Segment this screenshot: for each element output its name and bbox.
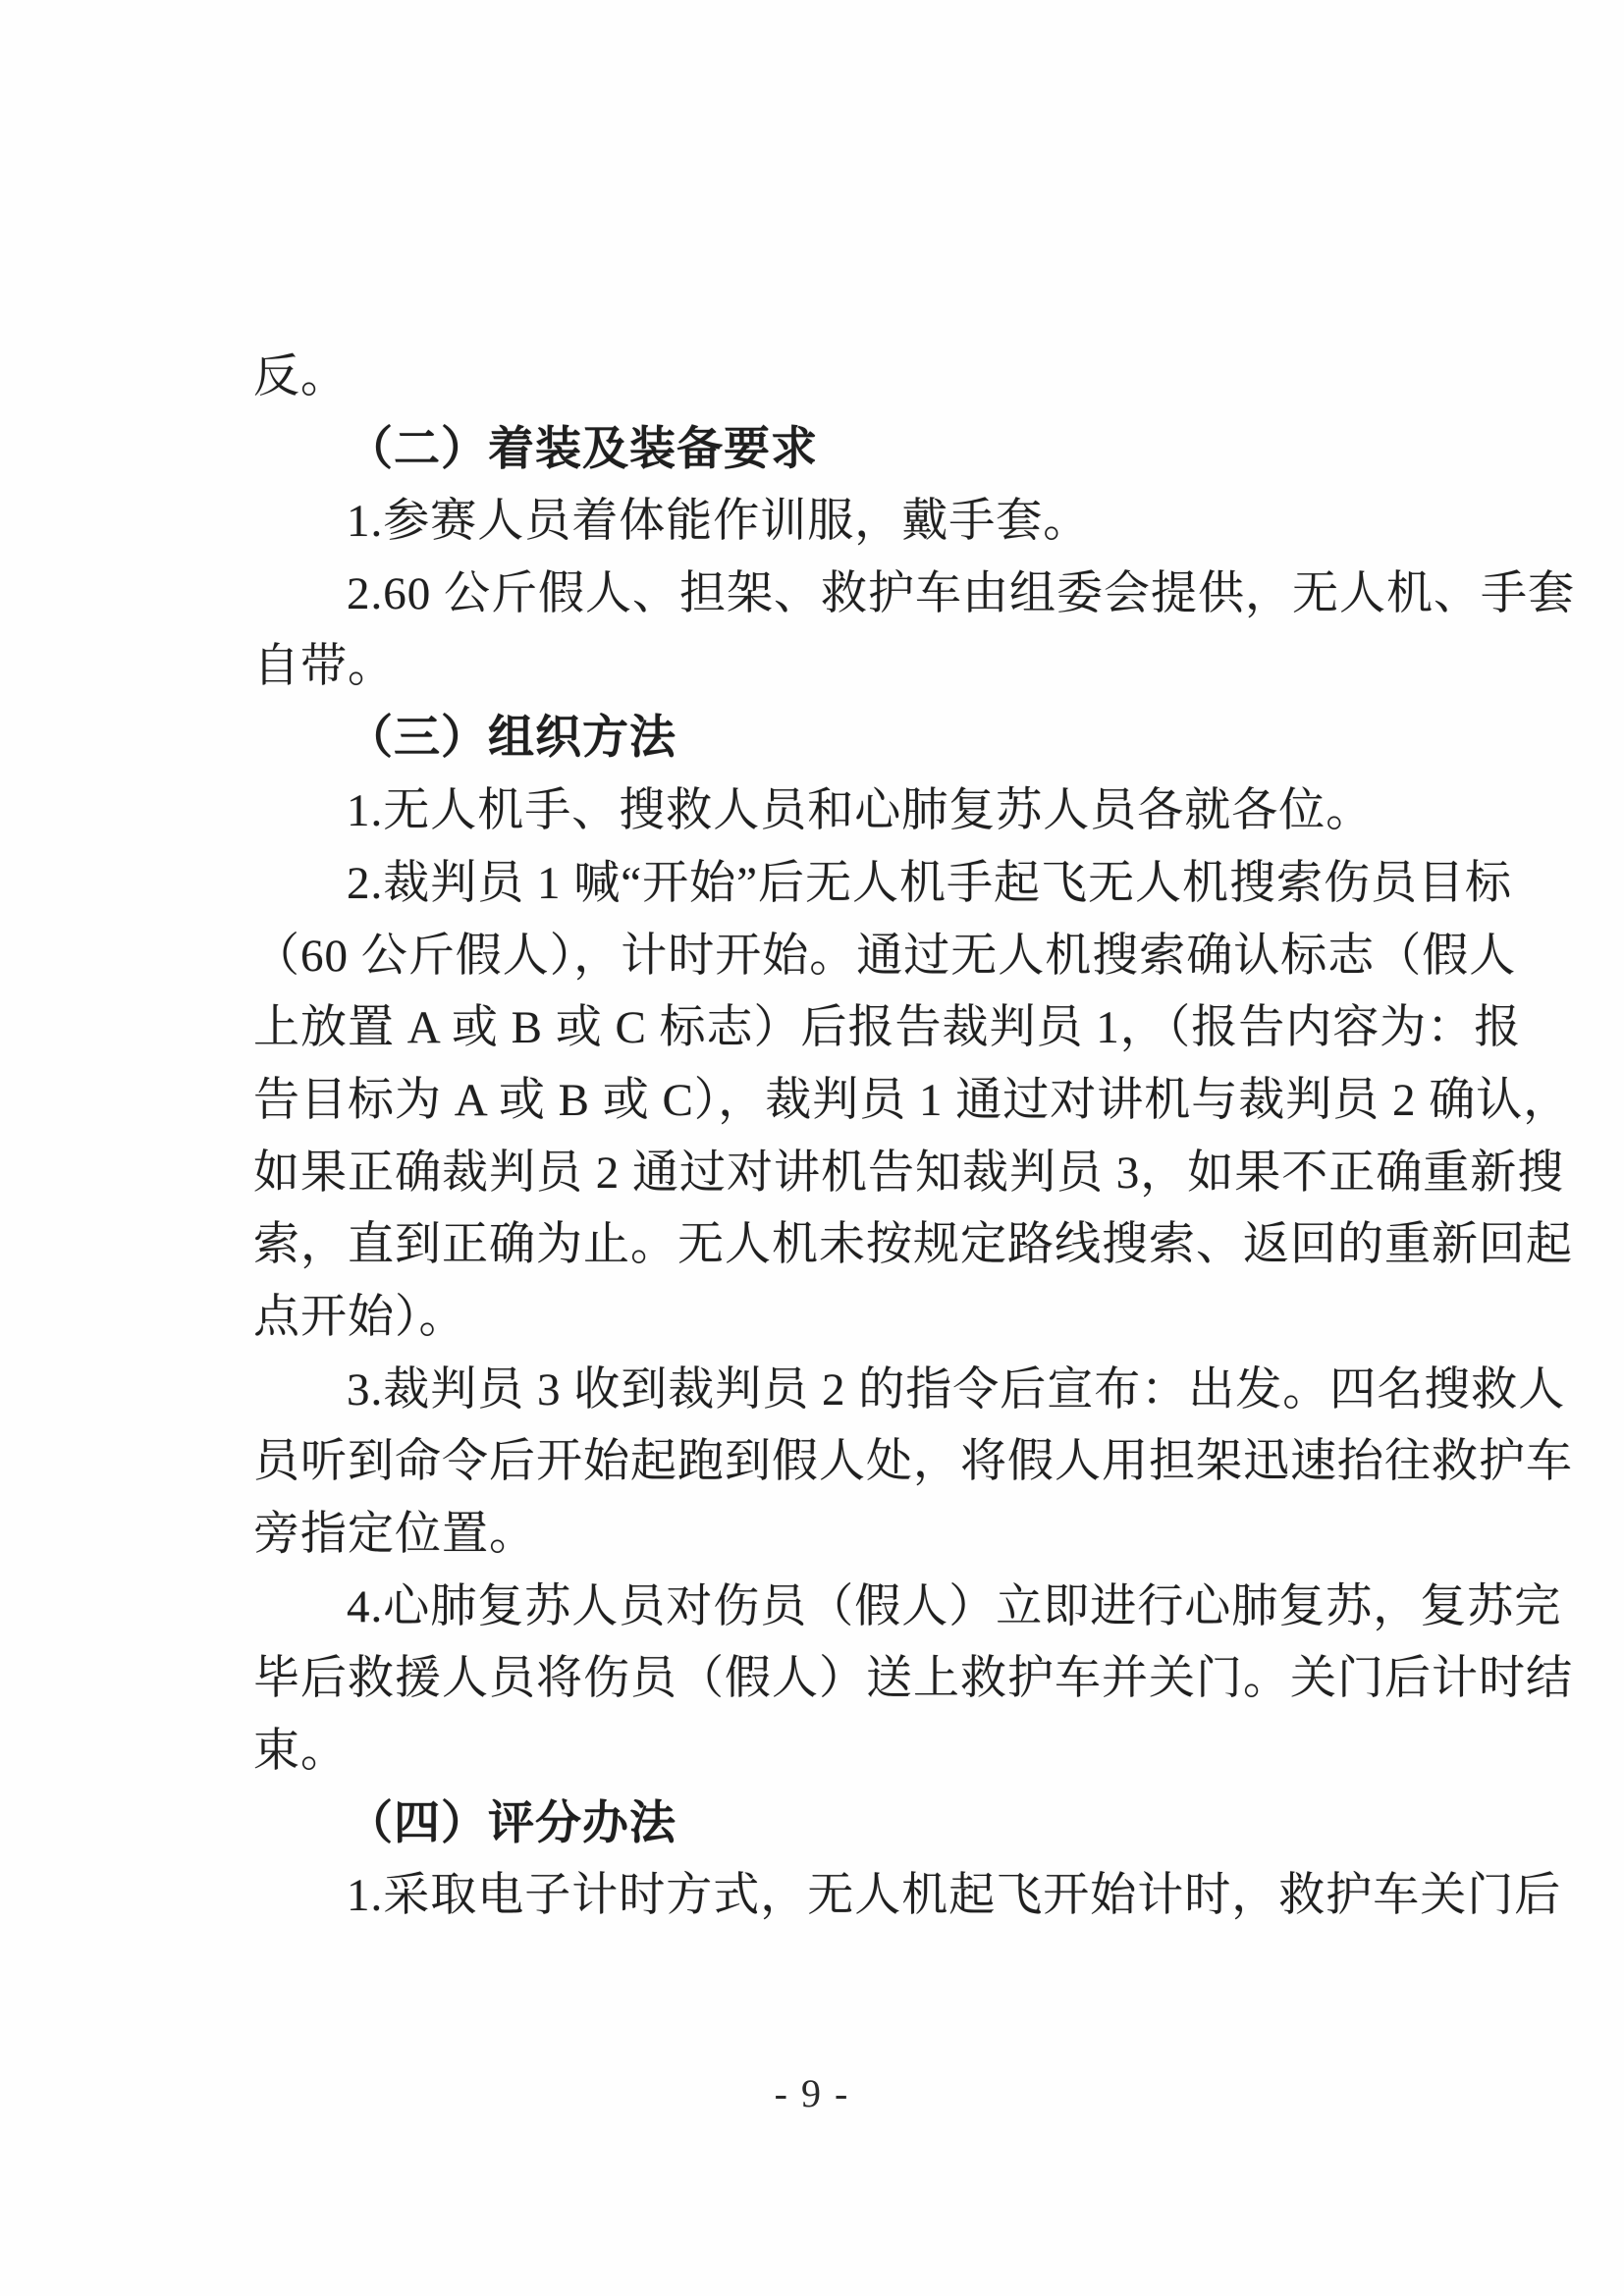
body-line: 1.参赛人员着体能作训服，戴手套。 (253, 486, 1520, 559)
section-heading-2: （二）着装及装备要求 (253, 414, 1520, 487)
document-body: 反。 （二）着装及装备要求 1.参赛人员着体能作训服，戴手套。 2.60 公斤假… (253, 342, 1520, 1933)
body-line: 告目标为 A 或 B 或 C），裁判员 1 通过对讲机与裁判员 2 确认， (253, 1065, 1520, 1138)
body-line: 2.裁判员 1 喊“开始”后无人机手起飞无人机搜索伤员目标 (253, 848, 1520, 921)
body-line: 点开始）。 (253, 1282, 1520, 1355)
body-line: 毕后救援人员将伤员（假人）送上救护车并关门。关门后计时结 (253, 1643, 1520, 1716)
body-line: （60 公斤假人），计时开始。通过无人机搜索确认标志（假人 (253, 921, 1520, 993)
body-line: 1.无人机手、搜救人员和心肺复苏人员各就各位。 (253, 775, 1520, 848)
body-line: 索，直到正确为止。无人机未按规定路线搜索、返回的重新回起 (253, 1209, 1520, 1282)
body-line: 4.心肺复苏人员对伤员（假人）立即进行心肺复苏，复苏完 (253, 1572, 1520, 1644)
body-line-continuation: 反。 (253, 342, 1520, 414)
body-line: 上放置 A 或 B 或 C 标志）后报告裁判员 1，（报告内容为：报 (253, 992, 1520, 1065)
section-heading-3: （三）组织方法 (253, 703, 1520, 775)
body-line: 如果正确裁判员 2 通过对讲机告知裁判员 3，如果不正确重新搜 (253, 1138, 1520, 1210)
body-line: 员听到命令后开始起跑到假人处，将假人用担架迅速抬往救护车 (253, 1426, 1520, 1499)
body-line: 自带。 (253, 631, 1520, 704)
body-line: 旁指定位置。 (253, 1499, 1520, 1572)
body-line: 1.采取电子计时方式，无人机起飞开始计时，救护车关门后 (253, 1860, 1520, 1933)
body-line: 束。 (253, 1716, 1520, 1789)
body-line: 2.60 公斤假人、担架、救护车由组委会提供，无人机、手套 (253, 559, 1520, 631)
body-line: 3.裁判员 3 收到裁判员 2 的指令后宣布：出发。四名搜救人 (253, 1355, 1520, 1427)
page-number: - 9 - (0, 2057, 1624, 2130)
document-page: 反。 （二）着装及装备要求 1.参赛人员着体能作训服，戴手套。 2.60 公斤假… (0, 0, 1624, 2296)
section-heading-4: （四）评分办法 (253, 1789, 1520, 1861)
